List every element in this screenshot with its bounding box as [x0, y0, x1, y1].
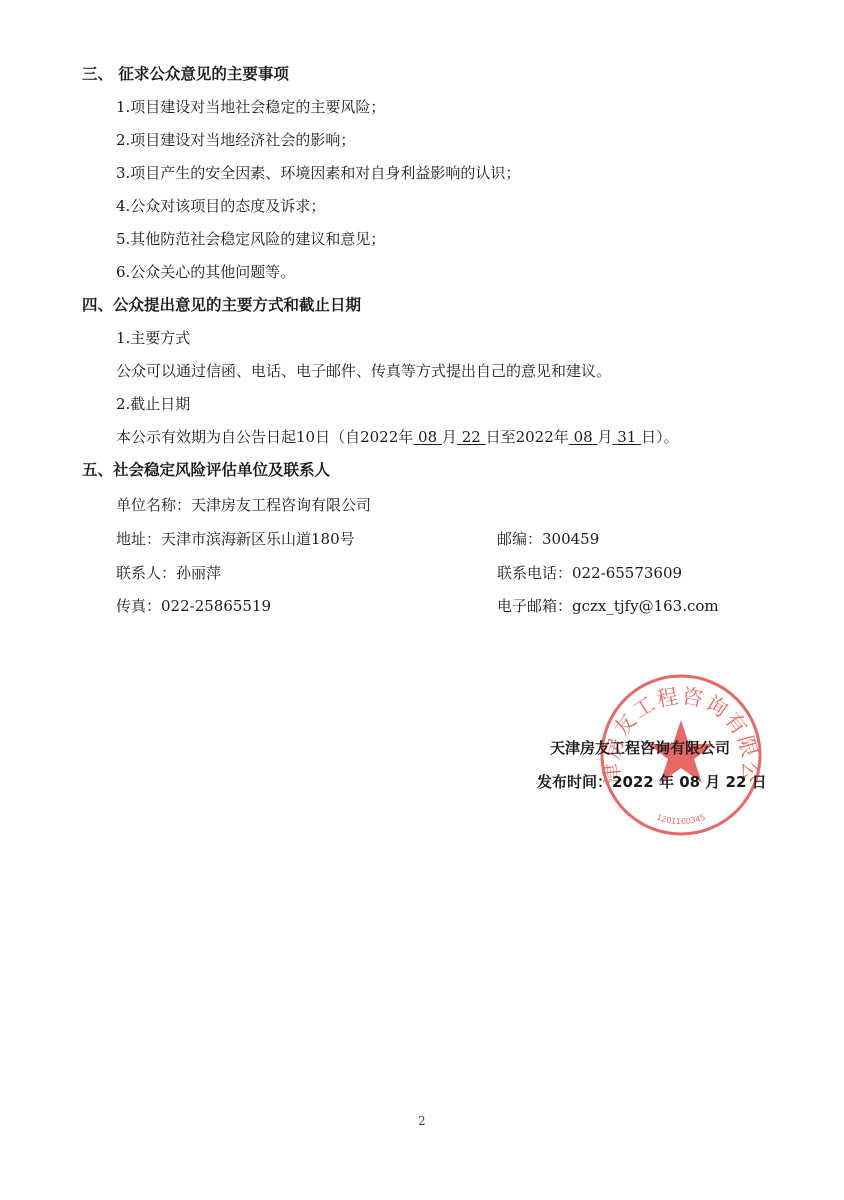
list-item: 5.其他防范社会稳定风险的建议和意见；	[116, 229, 385, 249]
deadline-prefix: 本公示有效期为自公告日起10日（自2022年	[116, 428, 413, 446]
unit-name: 单位名称：天津房友工程咨询有限公司	[116, 495, 371, 515]
phone: 联系电话：022-65573609	[497, 563, 682, 583]
list-item: 4.公众对该项目的态度及诉求；	[116, 196, 325, 216]
contact-person: 联系人：孙丽萍	[116, 563, 221, 583]
page-number: 2	[418, 1114, 426, 1128]
email: 电子邮箱：gczx_tjfy@163.com	[497, 596, 719, 616]
postcode: 邮编：300459	[497, 529, 599, 549]
start-month: 08	[413, 428, 442, 446]
deadline-paragraph: 本公示有效期为自公告日起10日（自2022年 08 月 22 日至2022年 0…	[116, 427, 679, 447]
end-day: 31	[612, 428, 641, 446]
list-item: 3.项目产生的安全因素、环境因素和对自身利益影响的认识；	[116, 163, 520, 183]
list-item: 1.项目建设对当地社会稳定的主要风险；	[116, 97, 385, 117]
subsection-title: 1.主要方式	[116, 328, 190, 348]
month-label: 月	[597, 428, 612, 446]
signature-company: 天津房友工程咨询有限公司	[550, 737, 730, 758]
list-item: 6.公众关心的其他问题等。	[116, 262, 295, 282]
month-label: 月	[442, 428, 457, 446]
deadline-suffix: 日）。	[641, 428, 679, 446]
list-item: 2.项目建设对当地经济社会的影响；	[116, 130, 355, 150]
section-3-heading: 三、 征求公众意见的主要事项	[82, 64, 289, 84]
date-connector: 日至2022年	[486, 428, 569, 446]
section-5-heading: 五、社会稳定风险评估单位及联系人	[82, 460, 330, 480]
svg-text:1201160345: 1201160345	[655, 813, 706, 826]
signature-date: 发布时间：2022 年 08 月 22 日	[537, 771, 767, 792]
section-4-heading: 四、公众提出意见的主要方式和截止日期	[82, 295, 361, 315]
paragraph: 公众可以通过信函、电话、电子邮件、传真等方式提出自己的意见和建议。	[116, 361, 611, 381]
end-month: 08	[569, 428, 598, 446]
start-day: 22	[457, 428, 486, 446]
fax: 传真：022-25865519	[116, 596, 271, 616]
address: 地址：天津市滨海新区乐山道180号	[116, 529, 355, 549]
subsection-title: 2.截止日期	[116, 394, 190, 414]
